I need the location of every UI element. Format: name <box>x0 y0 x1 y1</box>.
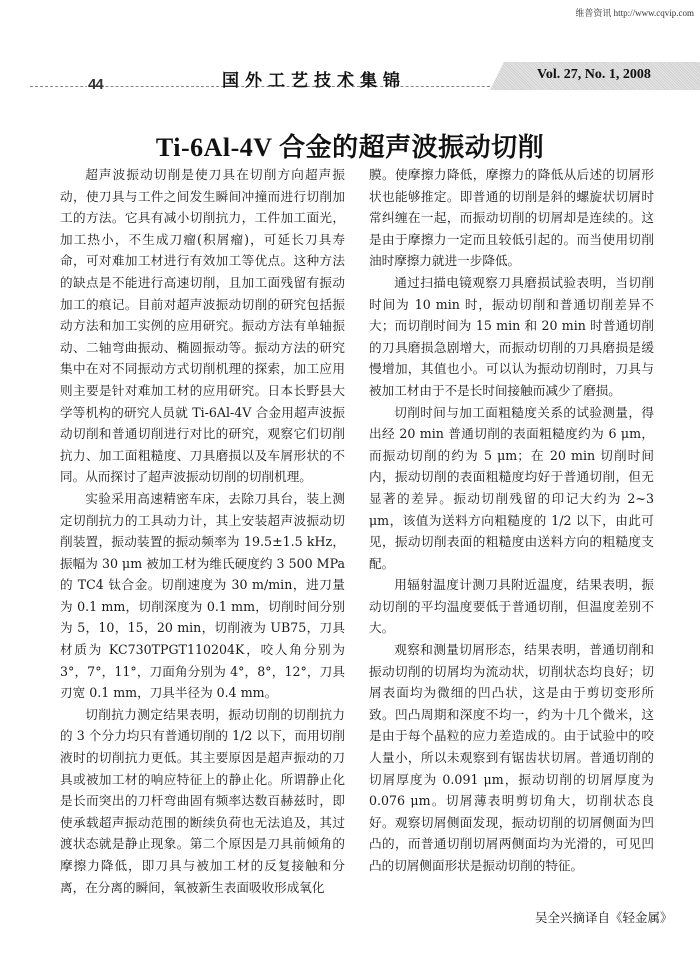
right-column: 膜。使摩擦力降低，摩擦力的降低从后述的切屑形状也能够推定。即普通的切削是斜的螺旋… <box>369 164 654 877</box>
volume-info: Vol. 27, No. 1, 2008 <box>537 67 651 83</box>
page-number: 44 <box>87 76 104 93</box>
journal-name: 国外工艺技术集锦 <box>222 66 406 91</box>
journal-header: 44 国外工艺技术集锦 Vol. 27, No. 1, 2008 <box>0 62 700 98</box>
source-watermark: 维普资讯 http://www.cqvip.com <box>575 6 694 19</box>
paragraph: 通过扫描电镜观察刀具磨损试验表明，当切削时间为 10 min 时，振动切削和普通… <box>369 272 654 402</box>
paragraph: 切削抗力测定结果表明，振动切削的切削抗力的 3 个分力均只有普通切削的 1/2 … <box>60 704 345 898</box>
paragraph: 用辐射温度计测刀具附近温度，结果表明，振动切削的平均温度要低于普通切削，但温度差… <box>369 574 654 639</box>
left-column: 超声波振动切削是使刀具在切削方向超声振动，使刀具与工件之间发生瞬间冲撞而进行切削… <box>60 164 345 898</box>
paragraph: 切削时间与加工面粗糙度关系的试验测量，得出经 20 min 普通切削的表面粗糙度… <box>369 402 654 575</box>
translator-signature: 吴全兴摘译自《轻金属》 <box>535 908 673 926</box>
paragraph: 实验采用高速精密车床，去除刀具台，装上测定切削抗力的工具动力计，其上安装超声波振… <box>60 488 345 704</box>
paragraph: 超声波振动切削是使刀具在切削方向超声振动，使刀具与工件之间发生瞬间冲撞而进行切削… <box>60 164 345 488</box>
paragraph: 观察和测量切屑形态，结果表明，普通切削和振动切削的切屑均为流动状，切削状态均良好… <box>369 639 654 877</box>
article-title: Ti-6Al-4V 合金的超声波振动切削 <box>0 127 700 164</box>
paragraph-continued: 膜。使摩擦力降低，摩擦力的降低从后述的切屑形状也能够推定。即普通的切削是斜的螺旋… <box>369 164 654 272</box>
